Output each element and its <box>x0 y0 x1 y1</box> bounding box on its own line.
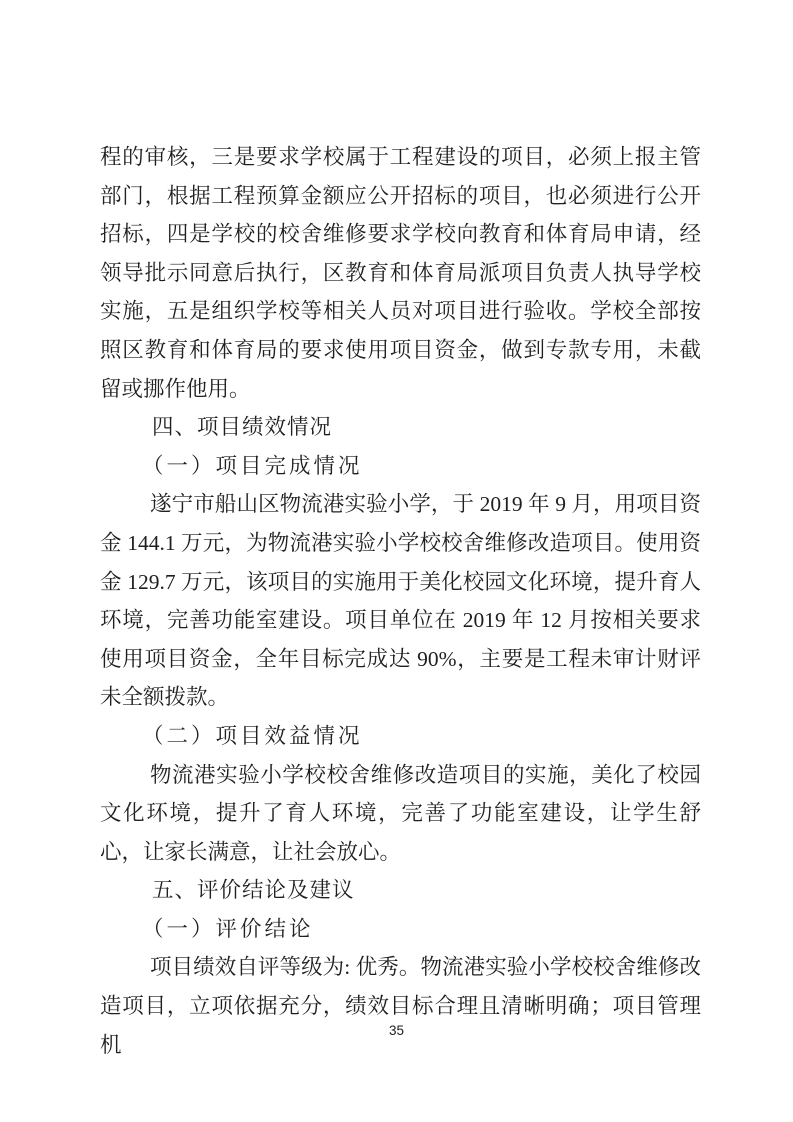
subsection-heading-completion: （一）项目完成情况 <box>100 447 701 486</box>
paragraph-benefit-details: 物流港实验小学校校舍维修改造项目的实施，美化了校园文化环境，提升了育人环境，完善… <box>100 756 701 872</box>
document-page: 程的审核，三是要求学校属于工程建设的项目，必须上报主管部门，根据工程预算金额应公… <box>0 0 793 1122</box>
section-heading-performance: 四、项目绩效情况 <box>100 408 701 447</box>
section-heading-conclusion: 五、评价结论及建议 <box>100 871 701 910</box>
document-content: 程的审核，三是要求学校属于工程建设的项目，必须上报主管部门，根据工程预算金额应公… <box>100 138 701 1064</box>
subsection-heading-benefit: （二）项目效益情况 <box>100 717 701 756</box>
subsection-heading-evaluation-conclusion: （一）评价结论 <box>100 910 701 949</box>
paragraph-project-management-continuation: 程的审核，三是要求学校属于工程建设的项目，必须上报主管部门，根据工程预算金额应公… <box>100 138 701 408</box>
paragraph-evaluation-conclusion: 项目绩效自评等级为: 优秀。物流港实验小学校校舍维修改造项目，立项依据充分，绩效… <box>100 948 701 1064</box>
page-number: 35 <box>0 1023 793 1038</box>
paragraph-completion-details: 遂宁市船山区物流港实验小学，于 2019 年 9 月，用项目资金 144.1 万… <box>100 485 701 717</box>
